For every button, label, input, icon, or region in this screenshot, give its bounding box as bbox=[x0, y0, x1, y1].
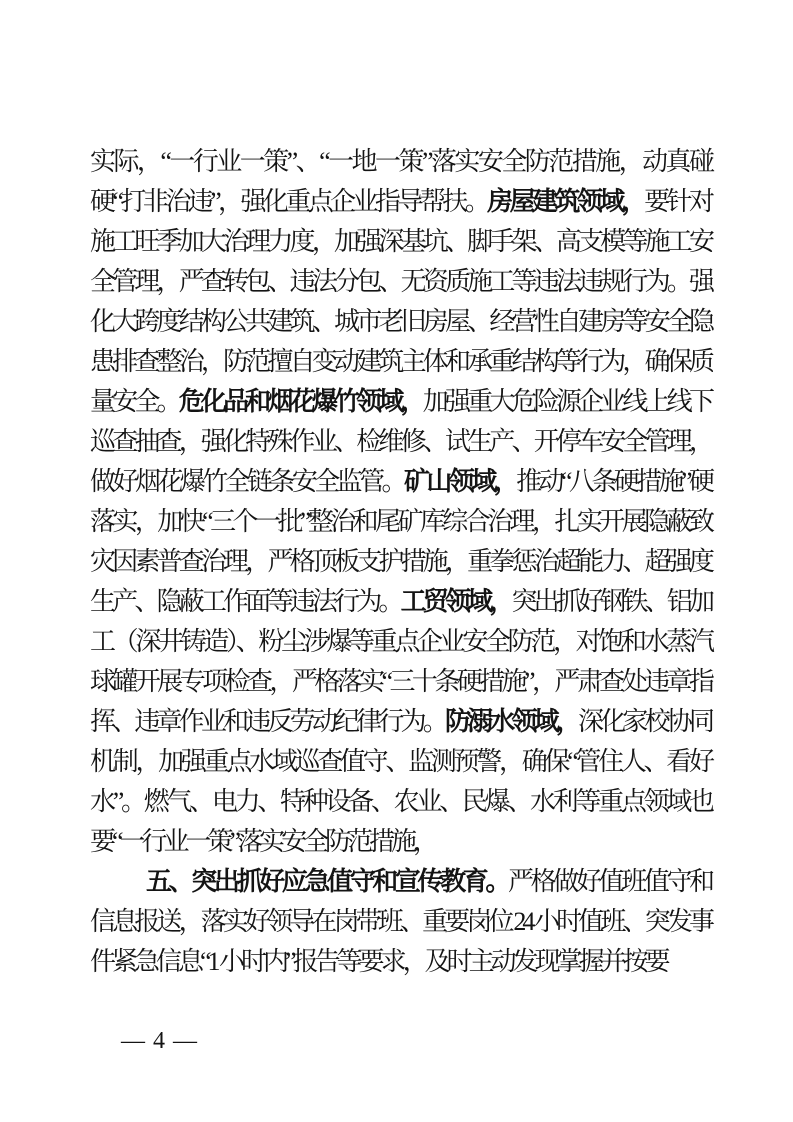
body-text-run: 要针对施工旺季加大治理力度，加强深基坑、脚手架、高支模等施工安全管理，严查转包、… bbox=[90, 187, 711, 416]
bold-run-mining-field: 矿山领域， bbox=[404, 467, 516, 497]
bold-run-housing-construction-field: 房屋建筑领域， bbox=[487, 187, 644, 217]
bold-run-section-five-heading: 五、突出抓好应急值守和宣传教育。 bbox=[146, 867, 508, 897]
document-page: 实际，“一行业一策”、“一地一策”落实安全防范措施，动真碰硬“打非治违”，强化重… bbox=[0, 0, 793, 1122]
page-number: — 4 — bbox=[121, 1028, 198, 1055]
paragraph-continuation: 实际，“一行业一策”、“一地一策”落实安全防范措施，动真碰硬“打非治违”，强化重… bbox=[90, 142, 711, 862]
bold-run-drowning-prevention-field: 防溺水领域， bbox=[445, 707, 578, 737]
document-body: 实际，“一行业一策”、“一地一策”落实安全防范措施，动真碰硬“打非治违”，强化重… bbox=[90, 142, 711, 982]
bold-run-hazchem-fireworks-field: 危化品和烟花爆竹领域， bbox=[179, 387, 423, 417]
paragraph-section-five: 五、突出抓好应急值守和宣传教育。严格做好值班值守和信息报送，落实好领导在岗带班、… bbox=[90, 862, 711, 982]
bold-run-industry-trade-field: 工贸领域， bbox=[401, 587, 512, 617]
